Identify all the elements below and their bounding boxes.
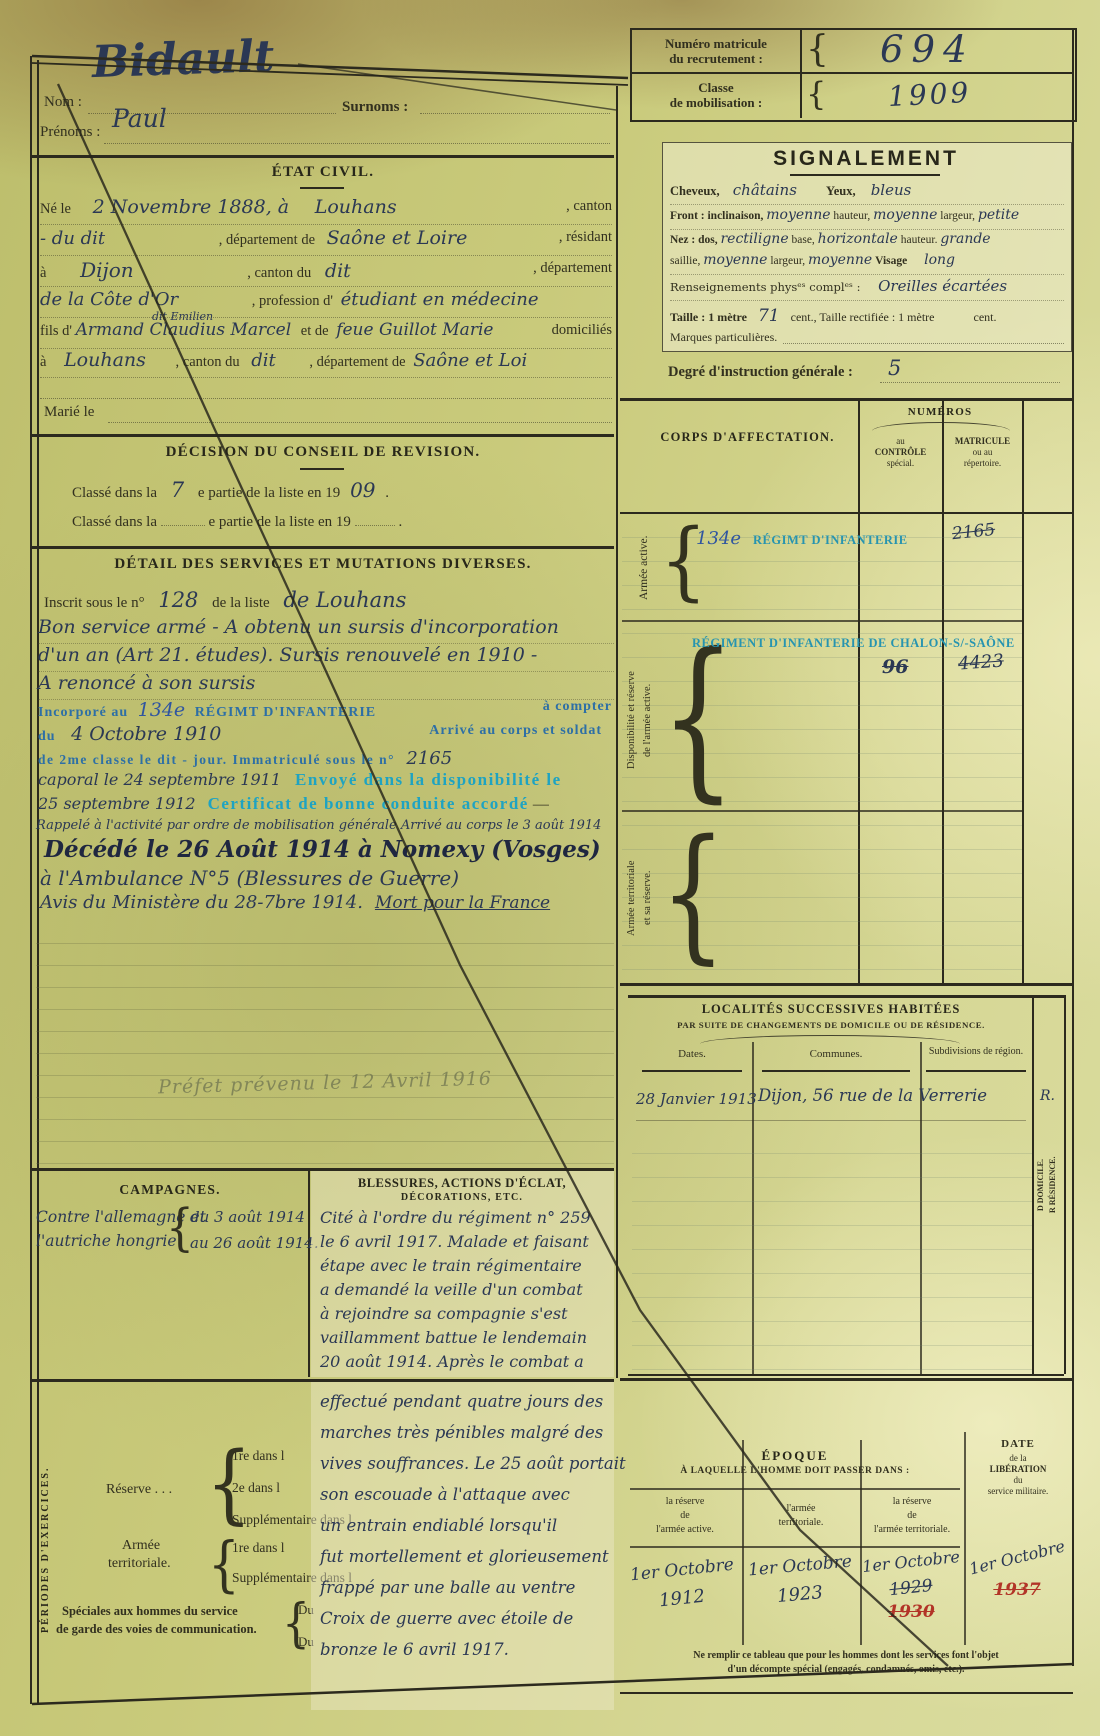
taille-rectifiee-label: cent., Taille rectifiée : 1 mètre [791,310,935,324]
blessures-line: le 6 avril 1917. Malade et faisant [320,1232,612,1256]
yeux-label: Yeux, [826,184,856,198]
dot-label: . [385,485,389,501]
blessures-line-2: un entrain endiablé lorsqu'il [320,1516,612,1547]
epoque-values-rule [630,1546,960,1548]
matricule-4423-value: 4423 [957,650,1004,674]
disponibilite-date: 25 septembre 1912 [38,794,196,813]
matricule-box-hline [630,72,1073,74]
front-hauteur-label: hauteur, [833,210,870,222]
residant-label: , résidant [559,229,612,246]
nez-largeur-value: moyenne [808,252,872,268]
classe2-stamp: de 2me classe le dit - jour. Immatriculé… [38,752,395,767]
blessures-line: vaillamment battue le lendemain [320,1328,612,1352]
corps-top-border [620,398,1073,401]
surnoms-label: Surnoms : [342,99,408,116]
domicilies-label: domiciliés [552,322,612,339]
subdivisions-header: Subdivisions de région. [920,1046,1032,1057]
nez-dos-value: rectiligne [720,231,788,247]
residence-value: Dijon [80,258,134,282]
renseignements-label: Renseignements physᵉˢ complᵉˢ : [670,280,860,294]
speciales-label-2: de garde des voies de communication. [56,1622,257,1637]
yeux-value: bleus [871,181,912,199]
du-stamp: du [38,729,56,744]
epoque-col2-2: territoriale. [746,1517,856,1528]
avis-ministere: Avis du Ministère du 28-7bre 1914. [40,892,363,913]
epoque-col3-1: la réserve [862,1496,962,1507]
liste-partie-value: 7 [171,478,184,502]
signalement-row-cheveux: Cheveux, châtains Yeux, bleus [670,181,1064,205]
renseignements-value: Oreilles écartées [878,277,1007,295]
father-name: Armand Claudius Marcel [76,320,292,340]
frame-right [1072,28,1074,1666]
birth-place: Louhans [315,196,397,218]
certificat-line: 25 septembre 1912 Certificat de bonne co… [38,794,612,814]
column-divider [616,86,618,1378]
blessures-text-2: effectué pendant quatre jours desmarches… [320,1392,612,1671]
blank-slot-2 [355,511,395,526]
classe-dans-la-label-2: Classé dans la [72,514,157,530]
nez-base-label: base, [791,234,814,246]
campagne-date-fin: au 26 août 1914. [190,1234,319,1252]
blessures-title: BLESSURES, ACTIONS D'ÉCLAT, [312,1176,612,1191]
taille-cent-label: cent. [974,310,997,324]
blank-slot [161,511,205,526]
reserve-label: Réserve . . . [106,1482,172,1498]
certificat-dash: — [533,796,549,813]
epoque-header-rule [630,1488,960,1490]
surnoms-rule [420,113,610,114]
front-inclinaison-value: moyenne [766,207,830,223]
signalement-row-front: Front : inclinaison, moyenne hauteur, mo… [670,207,1064,230]
saillie-label: saillie, [670,255,700,267]
date-liberation-2: de la [968,1453,1068,1463]
degre-rule [880,382,1060,383]
signalement-row-saillie: saillie, moyenne largeur, moyenne Visage… [670,252,1064,275]
blessures-text-1: Cité à l'ordre du régiment n° 259le 6 av… [320,1208,612,1376]
services-title: DÉTAIL DES SERVICES ET MUTATIONS DIVERSE… [32,556,614,573]
marie-label: Marié le [44,404,94,421]
services-hand-block: Bon service armé - A obtenu un sursis d'… [38,616,614,700]
service-hand-line: A renoncé à son sursis [38,672,614,700]
frame-left-inner [37,60,39,1704]
etat-civil-title-rule [300,187,344,189]
territoriale-corps-brace: { [660,820,726,966]
service-hand-line: Bon service armé - A obtenu un sursis d'… [38,616,614,644]
etat-civil-line-4: de la Côte d'Or , profession d' étudiant… [40,289,612,318]
epoque-note-2: d'un décompte spécial (engagés, condamné… [626,1664,1066,1675]
regiment-chalon-stamp: RÉGIMENT D'INFANTERIE DE CHALON-S/-SAÔNE [692,636,1015,651]
envoye-disponibilite-stamp: Envoyé dans la disponibilité le [295,770,562,789]
epoque-vline-3 [964,1432,966,1645]
communes-underline [762,1070,910,1072]
visage-value: long [924,252,955,268]
blessures-line: a demandé la veille d'un combat [320,1280,612,1304]
blessures-line-2: marches très pénibles malgré des [320,1423,612,1454]
departement2-value: de la Côte d'Or [40,289,178,310]
corps-row-1: 134e RÉGIMT D'INFANTERIE [696,528,908,549]
taille-label: Taille : 1 mètre [670,310,747,324]
matricule-header-2: ou au [943,447,1022,457]
liste-annee-value: 09 [350,478,375,502]
signalement-row-taille: Taille : 1 mètre 71 cent., Taille rectif… [670,306,1064,326]
campagne-ligne-2: l'autriche hongrie [36,1232,177,1250]
disponibilite-label-1: Disponibilité et réserve [626,630,637,810]
name-value: Bidault [91,31,275,88]
canton-value: - du dit [40,228,105,249]
a2-label: à [40,354,46,370]
signalement-title-rule [790,174,940,176]
blessures-line-2: Croix de guerre avec étoile de [320,1609,612,1640]
epoque-val2-line2: 1923 [743,1579,856,1610]
epoque-subtitle: À LAQUELLE L'HOMME DOIT PASSER DANS : [630,1466,960,1476]
disponibilite-label-2: de l'armée active. [642,630,653,810]
date-liberation-4: du [968,1475,1068,1485]
canton-label: , canton [566,198,612,215]
localites-row-dr: R. [1040,1088,1055,1104]
epoque-col3-2: de [862,1510,962,1521]
ne-le-label: Né le [40,201,71,217]
matricule-label-2: du recrutement : [636,51,796,67]
territoriale-item-1: 1re dans l [232,1540,284,1556]
a-compter-stamp: à compter [543,699,612,715]
localites-row-commune: Dijon, 56 rue de la Verrerie [758,1086,987,1105]
partie-liste-label: e partie de la liste en 19 [198,485,340,501]
blessures-line: étape avec le train régimentaire [320,1256,612,1280]
epoque-val2-line1: 1er Octobre [743,1551,856,1581]
departement2-label: , département [533,260,612,277]
du-line: du 4 Octobre 1910 Arrivé au corps et sol… [38,723,612,745]
classe-label-1: Classe [636,80,796,96]
visage-label: Visage [875,255,907,267]
classe-label-2: de mobilisation : [636,95,796,111]
parents-commune: Louhans [64,349,146,371]
matricule-label-1: Numéro matricule [636,36,796,52]
corps-title: CORPS D'AFFECTATION. [640,430,855,445]
nez-largeur-label: largeur, [770,255,805,267]
reserve-item-2: 2e dans l [232,1480,280,1496]
avis-line: Avis du Ministère du 28-7bre 1914. Mort … [40,892,550,913]
signalement-row-marques: Marques particulières. [670,330,1064,345]
inscrit-label: Inscrit sous le n° [44,595,145,611]
signalement-title: SIGNALEMENT [662,147,1070,171]
reserve-item-1: 1re dans l [232,1448,284,1464]
prenoms-value: Paul [112,104,167,133]
arrive-corps-stamp: Arrivé au corps et soldat [429,723,602,739]
incorpore-regiment-num: 134e [138,699,186,721]
service-hand-line: d'un an (Art 21. études). Sursis renouve… [38,644,614,672]
epoque-col1-2: de [630,1510,740,1521]
epoque-bottom-border [620,1692,1073,1694]
nez-hauteur-label: hauteur. [901,234,938,246]
degre-value: 5 [888,356,901,380]
epoque-col2-1: l'armée [746,1503,856,1514]
blessures-line: à rejoindre sa compagnie s'est [320,1304,612,1328]
caporal-line: caporal le 24 septembre 1911 Envoyé dans… [38,770,612,790]
divider-decision [32,434,614,437]
departement3-label: , département de [309,354,405,370]
subdivisions-underline [926,1070,1026,1072]
regiment-134-stamp: RÉGIMT D'INFANTERIE [753,533,908,547]
blessures-line-2: vives souffrances. Le 25 août portait [320,1454,612,1485]
a-label: à [40,265,46,281]
prenoms-rule [104,143,610,144]
epoque-val1-line2: 1912 [625,1582,739,1615]
domicile-vertical-label: D DOMICILE. [1036,1010,1045,1360]
frame-left-outer [30,56,32,1704]
territoriale-label-1: Armée [122,1538,160,1554]
speciales-label-1: Spéciales aux hommes du service [62,1604,238,1619]
epoque-col3-3: l'armée territoriale. [862,1524,962,1535]
regiment-134-num: 134e [696,528,741,549]
localites-ruled-bg [632,1130,1032,1370]
saillie-value: moyenne [703,252,767,268]
incorporation-date: 4 Octobre 1910 [71,723,221,745]
blessures-line-2: fut mortellement et glorieusement [320,1547,612,1578]
decision-line-2: Classé dans la e partie de la liste en 1… [72,511,402,531]
prenoms-label: Prénoms : [40,124,100,141]
epoque-val4-correction: 1937 [964,1580,1070,1600]
nez-hauteur-value: grande [940,231,990,247]
marques-label: Marques particulières. [670,330,777,345]
canton3-label: , canton du [176,354,240,370]
classe-brace: { [806,78,826,110]
immatricule-numero: 2165 [406,748,452,769]
epoque-val3-line1: 1er Octobre [859,1547,962,1577]
numeros-brace [872,422,1010,431]
territoriale-corps-label-2: et sa réserve. [642,818,653,978]
incorpore-line: Incorporé au 134e RÉGIMT D'INFANTERIE à … [38,699,612,721]
localites-row-date: 28 Janvier 1913 [636,1090,757,1108]
front-largeur-value: petite [978,207,1019,223]
etat-civil-line-2: - du dit , département de Saône et Loire… [40,227,612,256]
periodes-vertical-label: PÉRIODES D'EXERCICES. [40,1430,51,1670]
localites-outer-right [1064,995,1066,1374]
corps-vline-right [1022,400,1024,983]
blessures-line-2: effectué pendant quatre jours des [320,1392,612,1423]
liste-commune: de Louhans [283,588,406,612]
epoque-val4-line1: 1er Octobre [963,1535,1070,1579]
decision-title: DÉCISION DU CONSEIL DE REVISION. [32,444,614,461]
military-register-sheet: Bidault Nom : Surnoms : Prénoms : Paul É… [0,0,1100,1736]
matricule-header-1: MATRICULE [943,436,1022,446]
divider-services [32,546,614,549]
campagne-date-debut: du 3 août 1914 [190,1208,305,1226]
canton-du-value: dit [325,260,351,282]
matricule-value: 694 [880,28,975,71]
etat-civil-line-5: fils d' Armand Claudius Marcel et de feu… [40,320,612,349]
birth-date: 2 Novembre 1888, à [93,196,289,218]
dates-underline [642,1070,742,1072]
ambulance-line: à l'Ambulance N°5 (Blessures de Guerre) [40,866,459,890]
canton-du-label: , canton du [247,265,311,281]
classe-value: 1909 [887,76,972,113]
epoque-col1-1: la réserve [630,1496,740,1507]
front-label: Front : inclinaison, [670,210,763,222]
classe2-line: de 2me classe le dit - jour. Immatriculé… [38,748,612,769]
campagnes-title: CAMPAGNES. [36,1182,304,1198]
matricule-header-3: répertoire. [943,458,1022,468]
canton3-value: dit [251,350,276,371]
decede-line: Décédé le 26 Août 1914 à Nomexy (Vosges) [44,836,601,863]
epoque-vline-1 [742,1440,744,1645]
classe-dans-la-label: Classé dans la [72,485,157,501]
inscrit-line: Inscrit sous le n° 128 de la liste de Lo… [44,588,406,612]
departement-label: , département de [219,232,315,248]
signalement-row-nez: Nez : dos, rectiligne base, horizontale … [670,231,1064,247]
epoque-top-border [620,1378,1073,1381]
epoque-col1-3: l'armée active. [630,1524,740,1535]
marques-rule [783,330,1064,344]
localites-subtitle: PAR SUITE DE CHANGEMENTS DE DOMICILE OU … [632,1020,1030,1030]
front-largeur-label: largeur, [940,210,975,222]
localites-top-border [628,995,1064,998]
blessures-subtitle: DÉCORATIONS, ETC. [312,1192,612,1203]
decision-line-1: Classé dans la 7 e partie de la liste en… [72,478,389,502]
profession-label: , profession d' [252,293,333,309]
rappele-line: Rappelé à l'activité par ordre de mobili… [36,818,601,833]
epoque-val1-line1: 1er Octobre [625,1554,738,1586]
epoque-title: ÉPOQUE [630,1448,960,1464]
etat-civil-title: ÉTAT CIVIL. [32,164,614,181]
taille-value: 71 [758,306,780,326]
caporal-date: caporal le 24 septembre 1911 [38,770,281,789]
profession-value: étudiant en médecine [341,289,539,310]
cheveux-label: Cheveux, [670,184,720,198]
partie-liste-label-2: e partie de la liste en 19 [208,514,350,530]
degre-label: Degré d'instruction générale : [668,364,853,381]
incorpore-stamp: Incorporé au [38,705,128,720]
decision-title-rule [300,468,344,470]
departement-value: Saône et Loire [327,227,468,249]
blank-ruled-area [36,922,614,1165]
name-label: Nom : [44,94,82,111]
incorpore-regiment-stamp: RÉGIMT D'INFANTERIE [195,705,376,720]
fils-de-label: fils d' [40,323,72,339]
localites-vline-right [1032,995,1034,1374]
signalement-row-renseignements: Renseignements physᵉˢ complᵉˢ : Oreilles… [670,277,1064,301]
controle-header-2: CONTRÔLE [859,447,942,457]
et-de-label: et de [301,323,329,339]
etat-civil-line-6: à Louhans , canton du dit , département … [40,349,612,378]
localites-row-underline [636,1120,1026,1121]
residence-vertical-label: R RÉSIDENCE. [1048,1010,1057,1360]
nez-base-value: horizontale [818,231,898,247]
territoriale-label-2: territoriale. [108,1556,171,1572]
controle-header-1: au [859,436,942,446]
corps-bottom-border [620,983,1073,986]
dot-label-2: . [398,514,402,530]
blessures-line: 20 août 1914. Après le combat a [320,1352,612,1376]
departement3-value: Saône et Loi [413,350,527,371]
matricule-brace: { [806,32,829,68]
divider-etat-civil [32,155,614,158]
blessures-line-2: frappé par une balle au ventre [320,1578,612,1609]
armee-active-label: Armée active. [638,518,650,618]
numeros-header: NUMÉROS [858,406,1022,418]
date-liberation-3: LIBÉRATION [968,1464,1068,1474]
mort-pour-la-france: Mort pour la France [375,893,550,913]
de-la-liste-label: de la liste [212,595,269,611]
blessures-line-2: bronze le 6 avril 1917. [320,1640,612,1671]
dates-header: Dates. [632,1048,752,1060]
epoque-val3-correction: 1930 [860,1602,962,1622]
controle-96-value: 96 [882,656,908,678]
campagnes-blessures-divider [308,1171,310,1377]
epoque-val3-struck: 1929 [859,1573,963,1604]
mother-name: feue Guillot Marie [336,320,493,340]
localites-title: LOCALITÉS SUCCESSIVES HABITÉES [632,1002,1030,1017]
localites-bottom-border [628,1374,1064,1376]
date-liberation-5: service militaire. [968,1486,1068,1496]
etat-civil-line-3: à Dijon , canton du dit , département [40,258,612,287]
nez-label: Nez : dos, [670,234,718,246]
certificat-stamp: Certificat de bonne conduite accordé [208,794,529,813]
blessures-line: Cité à l'ordre du régiment n° 259 [320,1208,612,1232]
blessures-line-2: son escouade à l'attaque avec [320,1485,612,1516]
blank-rule-1 [40,398,612,399]
disponibilite-brace: { [660,632,736,806]
inscrit-numero: 128 [158,588,198,612]
date-liberation-1: DATE [968,1438,1068,1450]
front-hauteur-value: moyenne [873,207,937,223]
marie-rule [108,422,612,423]
cheveux-value: châtains [733,181,797,199]
epoque-note-1: Ne remplir ce tableau que pour les homme… [626,1650,1066,1661]
communes-header: Communes. [752,1048,920,1060]
controle-header-3: spécial. [859,458,942,468]
etat-civil-line-1: Né le 2 Novembre 1888, à Louhans , canto… [40,196,612,225]
territoriale-corps-label-1: Armée territoriale [626,818,637,978]
